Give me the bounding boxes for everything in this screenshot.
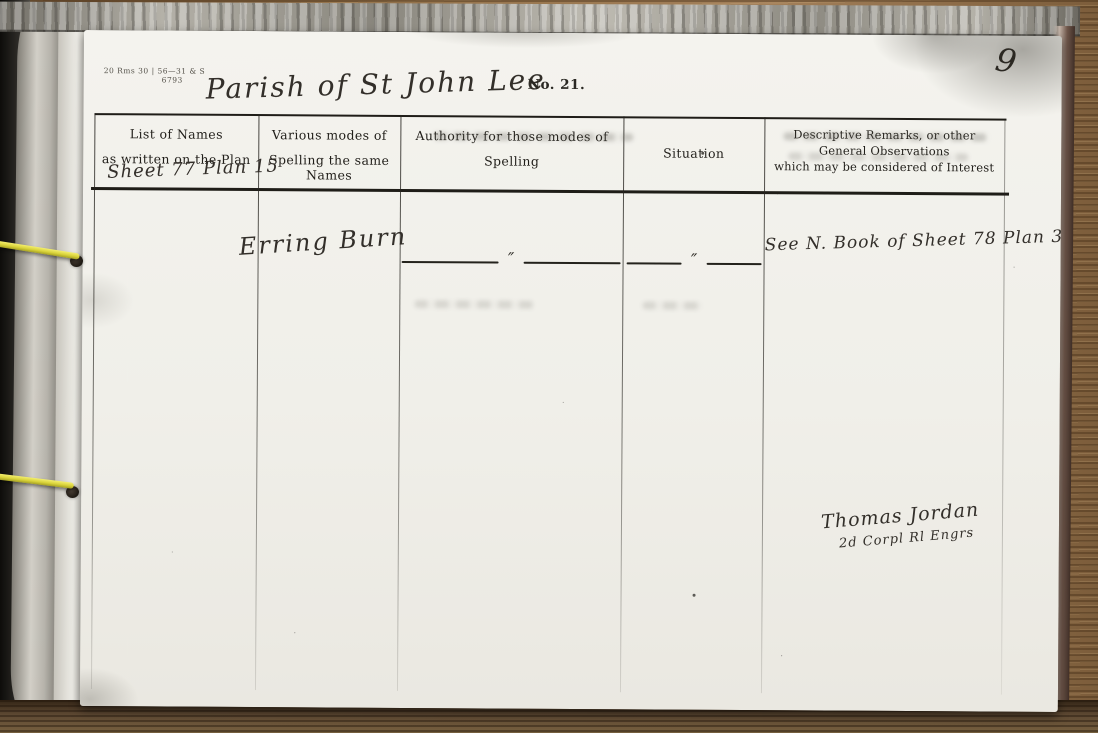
column-header-situation: Situation [623, 145, 764, 171]
ink-bleed-smudge [642, 301, 702, 309]
ink-bleed-smudge [788, 152, 968, 161]
column-divider-4 [761, 117, 766, 693]
column-divider-3 [620, 116, 625, 692]
ink-bleed-smudge [414, 300, 534, 309]
ditto-rule-right [706, 263, 761, 265]
column-divider-2 [397, 115, 402, 691]
entry-name-handwritten: Erring Burn [238, 222, 408, 261]
header-line: Situation [623, 145, 764, 161]
table-right-border [1001, 119, 1006, 695]
situation-ditto-entry: ″ [627, 253, 762, 274]
header-line: Various modes of [258, 127, 400, 143]
table-top-rule [94, 113, 1006, 121]
ditto-rule-left [627, 262, 682, 264]
table-left-border [91, 113, 96, 689]
name-book-page: 20 Rms 30 | 56—31 & S 6793 Parish of St … [80, 30, 1062, 712]
page-number-handwritten: 9 [993, 40, 1020, 81]
column-header-spelling: Various modes of Spelling the same Names [258, 127, 400, 193]
ditto-rule-left [402, 261, 499, 264]
ditto-rule-right [523, 262, 620, 265]
header-line: List of Names [94, 126, 258, 142]
sheet-number-label: No. 21. [528, 77, 586, 93]
ditto-mark: ″ [691, 251, 697, 271]
parish-title-handwritten: Parish of St John Lee [205, 63, 546, 106]
header-line: Spelling [400, 153, 623, 169]
column-divider-1 [255, 114, 260, 690]
ink-bleed-smudge [433, 132, 633, 141]
paper-specks [701, 152, 704, 155]
table-header-bottom-rule [91, 187, 1009, 196]
header-line: Spelling the same Names [258, 152, 400, 183]
ink-bleed-smudge [783, 132, 988, 141]
authority-ditto-entry: ″ [402, 252, 621, 273]
entry-remarks-handwritten: See N. Book of Sheet 78 Plan 3 [765, 227, 1064, 256]
ditto-mark: ″ [508, 250, 514, 270]
scanned-document-photo: 20 Rms 30 | 56—31 & S 6793 Parish of St … [0, 0, 1098, 733]
